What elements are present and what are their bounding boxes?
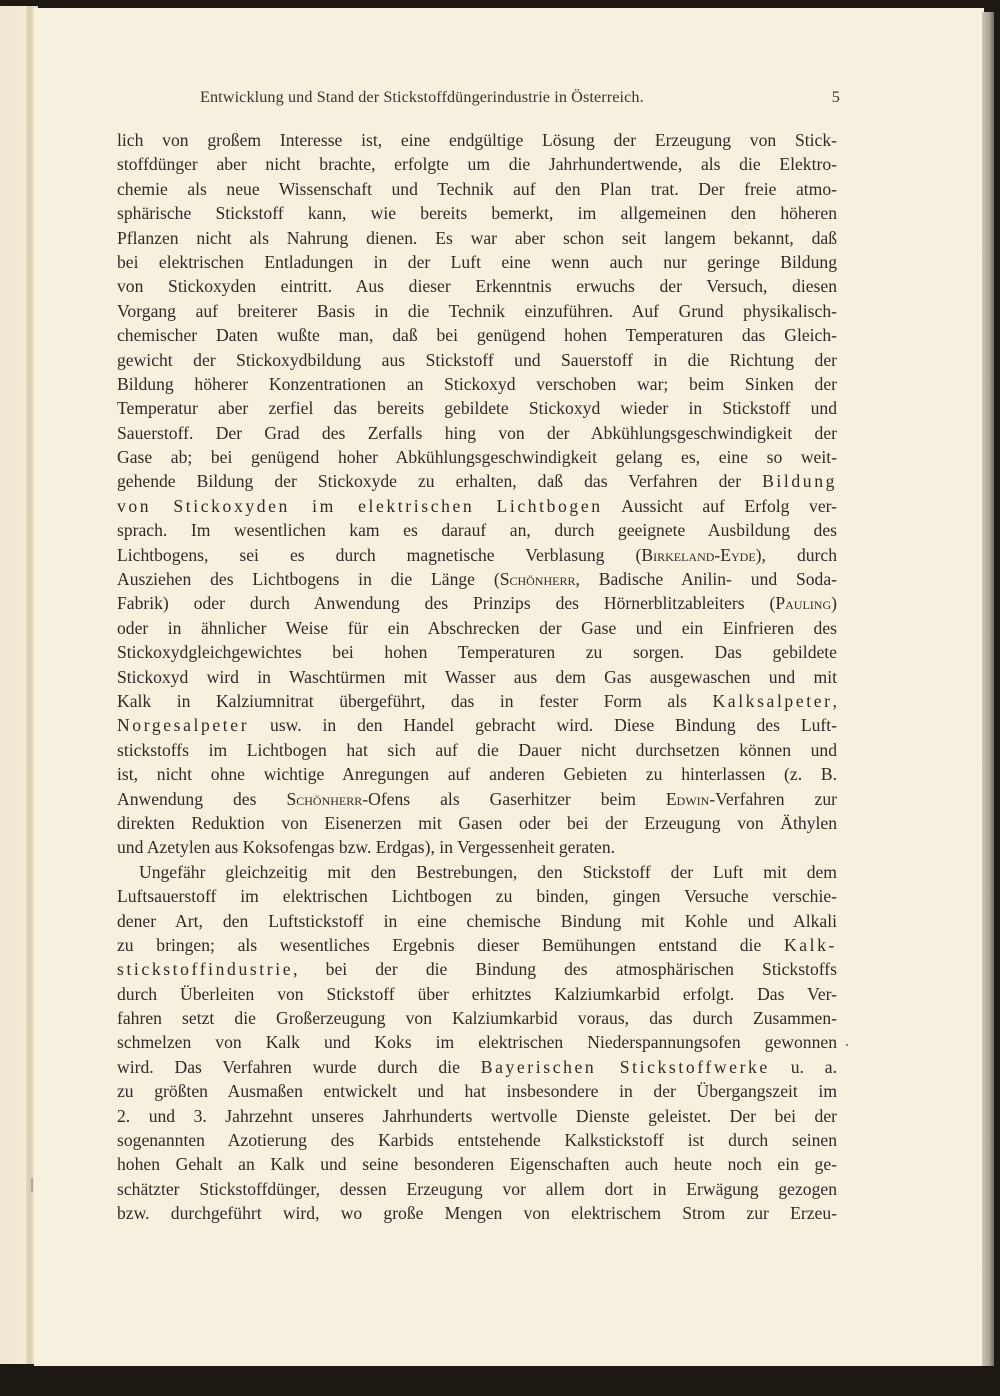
text-run: von Stickoxyden eintritt. Aus dieser Erk… [117, 276, 837, 296]
text-run: Temperatur aber zerfiel das bereits gebi… [117, 398, 837, 418]
text-run: Sauerstoff. Der Grad des Zerfalls hing v… [117, 423, 837, 443]
text-run: , [833, 691, 837, 711]
text-line: Anwendung des Schönherr-Ofens als Gaserh… [117, 787, 837, 811]
text-line: hohen Gehalt an Kalk und seine besondere… [117, 1152, 837, 1176]
person-name: Pauling [775, 593, 831, 613]
text-run: u. a. [770, 1057, 837, 1077]
emphasized-term: stickstoffindustrie [117, 959, 293, 979]
text-run: ), durch [756, 545, 837, 565]
person-name: Edwin [666, 789, 709, 809]
text-run: , Badische Anilin- und Soda- [575, 569, 837, 589]
text-run: stickstoffs im Lichtbogen hat sich auf d… [117, 740, 837, 760]
text-run: -Verfahren zur [709, 789, 837, 809]
text-run: dener Art, den Luftstickstoff in eine ch… [117, 911, 837, 931]
text-line: zu bringen; als wesentliches Ergebnis di… [117, 933, 837, 957]
text-line: durch Überleiten von Stickstoff über erh… [117, 982, 837, 1006]
text-run: chemischer Daten wußte man, daß bei genü… [117, 325, 837, 345]
margin-mark [31, 1178, 33, 1192]
text-run: Lichtbogens, sei es durch magnetische Ve… [117, 545, 641, 565]
text-line: stickstoffs im Lichtbogen hat sich auf d… [117, 738, 837, 762]
text-line: sogenannten Azotierung des Karbids entst… [117, 1128, 837, 1152]
text-line: Vorgang auf breiterer Basis in die Techn… [117, 299, 837, 323]
body-text: lich von großem Interesse ist, eine endg… [117, 128, 837, 1226]
book-gutter [26, 6, 34, 1364]
text-run: Ausziehen des Lichtbogens in die Länge ( [117, 569, 500, 589]
text-line: chemischer Daten wußte man, daß bei genü… [117, 323, 837, 347]
text-run: Anwendung des [117, 789, 286, 809]
emphasized-term: Norgesalpeter [117, 715, 249, 735]
text-run: zu größten Ausmaßen entwickelt und hat i… [117, 1081, 837, 1101]
text-run: bei elektrischen Entladungen in der Luft… [117, 252, 837, 272]
text-line: und Azetylen aus Koksofengas bzw. Erdgas… [117, 835, 837, 859]
text-run: chemie als neue Wissenschaft und Technik… [117, 179, 837, 199]
text-line: stoffdünger aber nicht brachte, erfolgte… [117, 152, 837, 176]
text-run: sogenannten Azotierung des Karbids entst… [117, 1130, 837, 1150]
text-run: durch Überleiten von Stickstoff über erh… [117, 984, 837, 1004]
page-number: 5 [832, 88, 840, 107]
text-run: Aussicht auf Erfolg ver- [603, 496, 837, 516]
text-run: zu bringen; als wesentliches Ergebnis di… [117, 935, 784, 955]
person-name: Birkeland-Eyde [641, 545, 755, 565]
text-line: gewicht der Stickoxydbildung aus Stickst… [117, 348, 837, 372]
text-run: oder in ähnlicher Weise für ein Abschrec… [117, 618, 837, 638]
text-line: fahren setzt die Großerzeugung von Kalzi… [117, 1006, 837, 1030]
text-run: Vorgang auf breiterer Basis in die Techn… [117, 301, 837, 321]
text-run: sprach. Im wesentlichen kam es darauf an… [117, 520, 837, 540]
text-line: schätzter Stickstoffdünger, dessen Erzeu… [117, 1177, 837, 1201]
text-run: bzw. durchgeführt wird, wo große Mengen … [117, 1203, 837, 1223]
text-line: Lichtbogens, sei es durch magnetische Ve… [117, 543, 837, 567]
text-line: Bildung höherer Konzentrationen an Stick… [117, 372, 837, 396]
text-line: bzw. durchgeführt wird, wo große Mengen … [117, 1201, 837, 1225]
text-run: direkten Reduktion von Eisenerzen mit Ga… [117, 813, 837, 833]
text-line: Luftsauerstoff im elektrischen Lichtboge… [117, 884, 837, 908]
stray-ink-dot [846, 1044, 848, 1046]
emphasized-term: Kalk- [784, 935, 837, 955]
text-run: lich von großem Interesse ist, eine endg… [117, 130, 837, 150]
text-run: gewicht der Stickoxydbildung aus Stickst… [117, 350, 837, 370]
text-run: fahren setzt die Großerzeugung von Kalzi… [117, 1008, 837, 1028]
text-line: Norgesalpeter usw. in den Handel gebrach… [117, 713, 837, 737]
text-run: Ungefähr gleichzeitig mit den Bestrebung… [139, 862, 837, 882]
text-line: stickstoffindustrie, bei der die Bindung… [117, 957, 837, 981]
text-line: chemie als neue Wissenschaft und Technik… [117, 177, 837, 201]
text-line: zu größten Ausmaßen entwickelt und hat i… [117, 1079, 837, 1103]
text-run: wird. Das Verfahren wurde durch die [117, 1057, 481, 1077]
text-line: dener Art, den Luftstickstoff in eine ch… [117, 909, 837, 933]
text-line: Stickoxyd wird in Waschtürmen mit Wasser… [117, 665, 837, 689]
text-line: ist, nicht ohne wichtige Anregungen auf … [117, 762, 837, 786]
text-run: Stickoxydgleichgewichtes bei hohen Tempe… [117, 642, 837, 662]
text-line: Kalk in Kalziumnitrat übergeführt, das i… [117, 689, 837, 713]
text-run: sphärische Stickstoff kann, wie bereits … [117, 203, 837, 223]
running-head-title: Entwicklung und Stand der Stickstoffdüng… [200, 88, 644, 107]
running-head: Entwicklung und Stand der Stickstoffdüng… [200, 88, 840, 107]
text-run: Stickoxyd wird in Waschtürmen mit Wasser… [117, 667, 837, 687]
text-line: Pflanzen nicht als Nahrung dienen. Es wa… [117, 226, 837, 250]
text-line: wird. Das Verfahren wurde durch die Baye… [117, 1055, 837, 1079]
emphasized-term: Bildung [762, 471, 837, 491]
text-run: usw. in den Handel gebracht wird. Diese … [249, 715, 837, 735]
text-run: Bildung höherer Konzentrationen an Stick… [117, 374, 837, 394]
text-line: oder in ähnlicher Weise für ein Abschrec… [117, 616, 837, 640]
text-line: direkten Reduktion von Eisenerzen mit Ga… [117, 811, 837, 835]
text-run: Fabrik) oder durch Anwendung des Prinzip… [117, 593, 775, 613]
text-line: sphärische Stickstoff kann, wie bereits … [117, 201, 837, 225]
text-line: Sauerstoff. Der Grad des Zerfalls hing v… [117, 421, 837, 445]
text-line: schmelzen von Kalk und Koks im elektrisc… [117, 1030, 837, 1054]
text-run: gehende Bildung der Stickoxyde zu erhalt… [117, 471, 762, 491]
text-run: und Azetylen aus Koksofengas bzw. Erdgas… [117, 837, 615, 857]
text-line: bei elektrischen Entladungen in der Luft… [117, 250, 837, 274]
text-line: sprach. Im wesentlichen kam es darauf an… [117, 518, 837, 542]
text-line: Ungefähr gleichzeitig mit den Bestrebung… [117, 860, 837, 884]
text-line: 2. und 3. Jahrzehnt unseres Jahrhunderts… [117, 1104, 837, 1128]
text-line: Gase ab; bei genügend hoher Abkühlungsge… [117, 445, 837, 469]
text-run: schmelzen von Kalk und Koks im elektrisc… [117, 1032, 837, 1052]
text-line: von Stickoxyden im elektrischen Lichtbog… [117, 494, 837, 518]
text-run: Kalk in Kalziumnitrat übergeführt, das i… [117, 691, 712, 711]
emphasized-term: Kalksalpeter [712, 691, 832, 711]
text-run: Pflanzen nicht als Nahrung dienen. Es wa… [117, 228, 837, 248]
text-line: Fabrik) oder durch Anwendung des Prinzip… [117, 591, 837, 615]
text-run: schätzter Stickstoffdünger, dessen Erzeu… [117, 1179, 837, 1199]
page-stack-edge [982, 12, 994, 1366]
emphasized-term: Bayerischen Stickstoffwerke [481, 1057, 770, 1077]
text-run: -Ofens als Gaserhitzer beim [362, 789, 666, 809]
text-line: von Stickoxyden eintritt. Aus dieser Erk… [117, 274, 837, 298]
emphasized-term: von Stickoxyden im elektrischen Lichtbog… [117, 496, 603, 516]
person-name: Schönherr [500, 569, 576, 589]
text-run: Luftsauerstoff im elektrischen Lichtboge… [117, 886, 837, 906]
text-run: hohen Gehalt an Kalk und seine besondere… [117, 1154, 837, 1174]
text-run: stoffdünger aber nicht brachte, erfolgte… [117, 154, 837, 174]
text-run: Gase ab; bei genügend hoher Abkühlungsge… [117, 447, 837, 467]
text-run: 2. und 3. Jahrzehnt unseres Jahrhunderts… [117, 1106, 837, 1126]
person-name: Schönherr [286, 789, 362, 809]
text-run: ist, nicht ohne wichtige Anregungen auf … [117, 764, 837, 784]
text-line: Stickoxydgleichgewichtes bei hohen Tempe… [117, 640, 837, 664]
text-line: lich von großem Interesse ist, eine endg… [117, 128, 837, 152]
text-line: gehende Bildung der Stickoxyde zu erhalt… [117, 469, 837, 493]
text-line: Ausziehen des Lichtbogens in die Länge (… [117, 567, 837, 591]
text-run: ) [831, 593, 837, 613]
text-line: Temperatur aber zerfiel das bereits gebi… [117, 396, 837, 420]
text-run: , bei der die Bindung des atmosphärische… [293, 959, 837, 979]
